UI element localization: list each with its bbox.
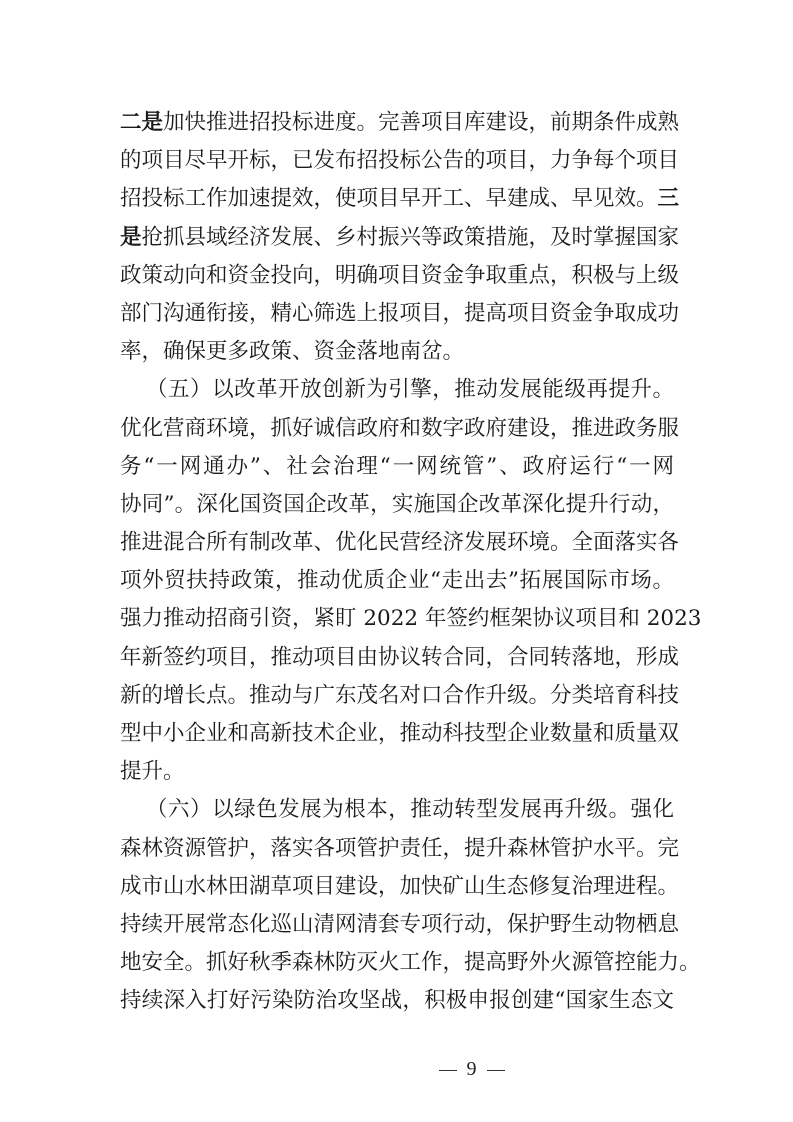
bold-ordinal: 是 <box>120 225 142 250</box>
line-text: 率，确保更多政策、资金落地南岔。 <box>120 339 464 364</box>
text-line: 地安全。抓好秋季森林防灭火工作，提高野外火源管控能力。 <box>120 944 674 982</box>
document-page-body: 二是加快推进招投标进度。完善项目库建设，前期条件成熟 的项目尽早开标，已发布招投… <box>120 104 674 1021</box>
line-text: 项外贸扶持政策，推动优质企业“走出去”拓展国际市场。 <box>120 568 674 593</box>
text-line: 持续深入打好污染防治攻坚战，积极申报创建“国家生态文 <box>120 982 674 1020</box>
line-text: 招投标工作加速提效，使项目早开工、早建成、早见效。 <box>120 186 658 211</box>
line-text: 优化营商环境，抓好诚信政府和数字政府建设，推进政务服 <box>120 416 679 441</box>
text-line: 推进混合所有制改革、优化民营经济发展环境。全面落实各 <box>120 524 674 562</box>
text-line: 项外贸扶持政策，推动优质企业“走出去”拓展国际市场。 <box>120 562 674 600</box>
line-text: 新的增长点。推动与广东茂名对口合作升级。分类培育科技 <box>120 683 679 708</box>
text-line: 持续开展常态化巡山清网清套专项行动，保护野生动物栖息 <box>120 906 674 944</box>
text-line: 率，确保更多政策、资金落地南岔。 <box>120 333 674 371</box>
line-text: 务“一网通办”、社会治理“一网统管”、政府运行“一网 <box>120 454 674 479</box>
line-text: 型中小企业和高新技术企业，推动科技型企业数量和质量双 <box>120 721 679 746</box>
bold-ordinal: 二是 <box>120 110 163 135</box>
text-line: 年新签约项目，推动项目由协议转合同，合同转落地，形成 <box>120 639 674 677</box>
bold-ordinal: 三 <box>658 186 680 211</box>
line-text: 提升。 <box>120 759 185 784</box>
text-line: 强力推动招商引资，紧盯 2022 年签约框架协议项目和 2023 <box>120 600 674 638</box>
paragraph-green-development: （六）以绿色发展为根本，推动转型发展再升级。强化 森林资源管护，落实各项管护责任… <box>120 791 674 1020</box>
line-text: 强力推动招商引资，紧盯 2022 年签约框架协议项目和 2023 <box>120 606 701 631</box>
paragraph-reform-opening: （五）以改革开放创新为引擎，推动发展能级再提升。 优化营商环境，抓好诚信政府和数… <box>120 371 674 791</box>
section-heading-six: （六）以绿色发展为根本，推动转型发展再升级。强化 <box>146 797 674 822</box>
line-text: 森林资源管护，落实各项管护责任，提升森林管护水平。完 <box>120 836 679 861</box>
line-text: 的项目尽早开标，已发布招投标公告的项目，力争每个项目 <box>120 148 679 173</box>
line-text: 抢抓县域经济发展、乡村振兴等政策措施，及时掌握国家 <box>142 225 680 250</box>
section-heading-five: （五）以改革开放创新为引擎，推动发展能级再提升。 <box>146 377 674 402</box>
paragraph-project-measures: 二是加快推进招投标进度。完善项目库建设，前期条件成熟 的项目尽早开标，已发布招投… <box>120 104 674 371</box>
text-line: 务“一网通办”、社会治理“一网统管”、政府运行“一网 <box>120 448 674 486</box>
line-text: 推进混合所有制改革、优化民营经济发展环境。全面落实各 <box>120 530 679 555</box>
section-heading-line: （五）以改革开放创新为引擎，推动发展能级再提升。 <box>120 371 674 409</box>
line-text: 地安全。抓好秋季森林防灭火工作，提高野外火源管控能力。 <box>120 950 701 975</box>
text-line: 协同”。深化国资国企改革，实施国企改革深化提升行动， <box>120 486 674 524</box>
text-line: 部门沟通衔接，精心筛选上报项目，提高项目资金争取成功 <box>120 295 674 333</box>
text-line: 森林资源管护，落实各项管护责任，提升森林管护水平。完 <box>120 830 674 868</box>
text-line: 型中小企业和高新技术企业，推动科技型企业数量和质量双 <box>120 715 674 753</box>
dash-left <box>439 1070 457 1072</box>
dash-right <box>487 1070 505 1072</box>
line-text: 加快推进招投标进度。完善项目库建设，前期条件成熟 <box>163 110 679 135</box>
page-number-value: 9 <box>467 1058 477 1080</box>
line-text: 年新签约项目，推动项目由协议转合同，合同转落地，形成 <box>120 645 679 670</box>
text-line: 政策动向和资金投向，明确项目资金争取重点，积极与上级 <box>120 257 674 295</box>
text-line: 是抢抓县域经济发展、乡村振兴等政策措施，及时掌握国家 <box>120 219 674 257</box>
text-line: 成市山水林田湖草项目建设，加快矿山生态修复治理进程。 <box>120 868 674 906</box>
page-number: 9 <box>0 1058 793 1081</box>
section-heading-line: （六）以绿色发展为根本，推动转型发展再升级。强化 <box>120 791 674 829</box>
text-line: 新的增长点。推动与广东茂名对口合作升级。分类培育科技 <box>120 677 674 715</box>
line-text: 持续开展常态化巡山清网清套专项行动，保护野生动物栖息 <box>120 912 679 937</box>
line-text: 政策动向和资金投向，明确项目资金争取重点，积极与上级 <box>120 263 679 288</box>
line-text: 部门沟通衔接，精心筛选上报项目，提高项目资金争取成功 <box>120 301 679 326</box>
text-line: 招投标工作加速提效，使项目早开工、早建成、早见效。三 <box>120 180 674 218</box>
line-text: 持续深入打好污染防治攻坚战，积极申报创建“国家生态文 <box>120 988 674 1013</box>
text-line: 优化营商环境，抓好诚信政府和数字政府建设，推进政务服 <box>120 410 674 448</box>
text-line: 二是加快推进招投标进度。完善项目库建设，前期条件成熟 <box>120 104 674 142</box>
line-text: 协同”。深化国资国企改革，实施国企改革深化提升行动， <box>120 492 674 517</box>
line-text: 成市山水林田湖草项目建设，加快矿山生态修复治理进程。 <box>120 874 679 899</box>
text-line: 提升。 <box>120 753 674 791</box>
text-line: 的项目尽早开标，已发布招投标公告的项目，力争每个项目 <box>120 142 674 180</box>
